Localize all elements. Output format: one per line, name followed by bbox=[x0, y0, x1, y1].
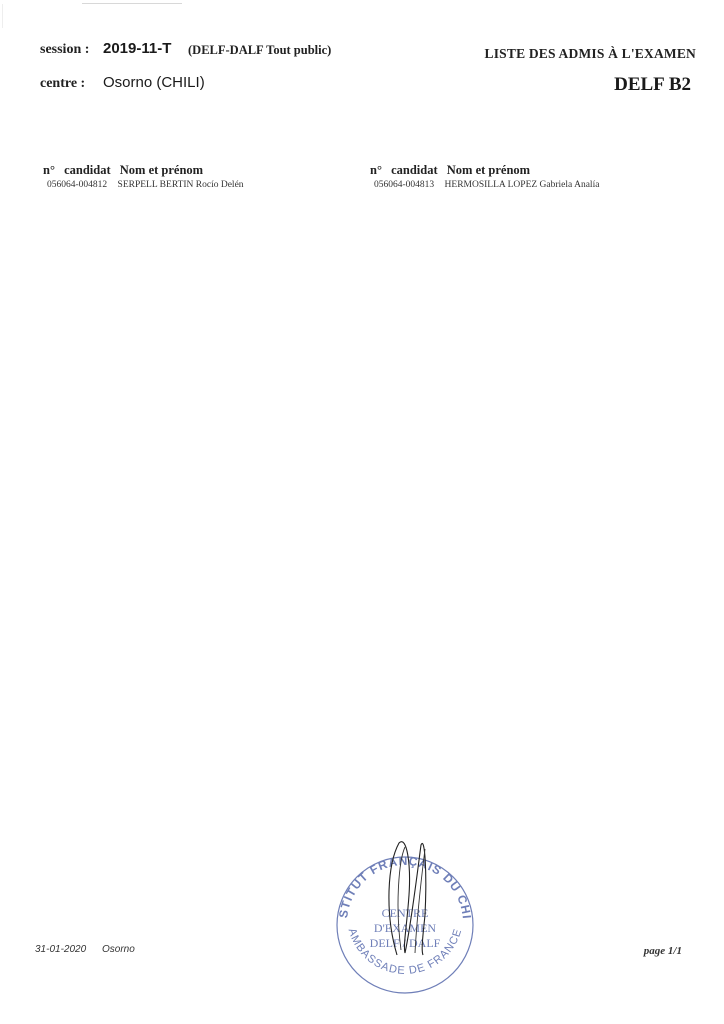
page-number: page 1/1 bbox=[644, 945, 682, 957]
centre-label: centre : bbox=[40, 76, 85, 92]
header-name: Nom et prénom bbox=[447, 163, 530, 177]
session-value: 2019-11-T bbox=[103, 40, 171, 57]
candidate-name: HERMOSILLA LOPEZ Gabriela Analía bbox=[445, 180, 600, 190]
column-header: n° candidat Nom et prénom bbox=[43, 163, 244, 178]
header-name: Nom et prénom bbox=[120, 163, 203, 177]
scan-artifact bbox=[2, 4, 3, 28]
official-stamp: INSTITUT FRANÇAIS DU CHILI AMBASSADE DE … bbox=[325, 835, 485, 995]
session-label: session : bbox=[40, 42, 89, 58]
session-type: (DELF-DALF Tout public) bbox=[188, 43, 331, 58]
footer-place: Osorno bbox=[102, 944, 135, 955]
document-title: LISTE DES ADMIS À L'EXAMEN bbox=[485, 46, 697, 62]
candidate-number: 056064-004812 bbox=[47, 180, 107, 190]
candidate-row: 056064-004813 HERMOSILLA LOPEZ Gabriela … bbox=[374, 180, 599, 190]
scan-artifact bbox=[82, 3, 182, 4]
candidate-number: 056064-004813 bbox=[374, 180, 434, 190]
candidates-column-right: n° candidat Nom et prénom 056064-004813 … bbox=[370, 163, 599, 190]
candidate-name: SERPELL BERTIN Rocío Delén bbox=[118, 180, 244, 190]
candidates-column-left: n° candidat Nom et prénom 056064-004812 … bbox=[43, 163, 244, 190]
header-number: n° bbox=[370, 163, 382, 177]
column-header: n° candidat Nom et prénom bbox=[370, 163, 599, 178]
footer-date: 31-01-2020 bbox=[35, 944, 86, 955]
document-page: session : 2019-11-T (DELF-DALF Tout publ… bbox=[0, 0, 724, 1024]
centre-value: Osorno (CHILI) bbox=[103, 74, 205, 91]
header-number: n° bbox=[43, 163, 55, 177]
header-candidat: candidat bbox=[391, 163, 438, 177]
header-candidat: candidat bbox=[64, 163, 111, 177]
exam-level: DELF B2 bbox=[614, 74, 691, 96]
candidate-row: 056064-004812 SERPELL BERTIN Rocío Delén bbox=[47, 180, 244, 190]
